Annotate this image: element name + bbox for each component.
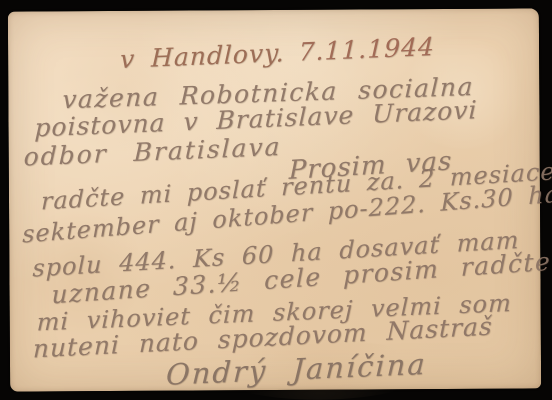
date-text: 7.11.1944 <box>298 32 435 67</box>
handwritten-postcard: v Handlovy.7.11.1944 važena Robotnicka s… <box>8 8 541 391</box>
place-and-date-line: v Handlovy.7.11.1944 <box>120 32 436 74</box>
photo-background: v Handlovy.7.11.1944 važena Robotnicka s… <box>0 0 552 400</box>
place-text: v Handlovy. <box>120 38 286 74</box>
